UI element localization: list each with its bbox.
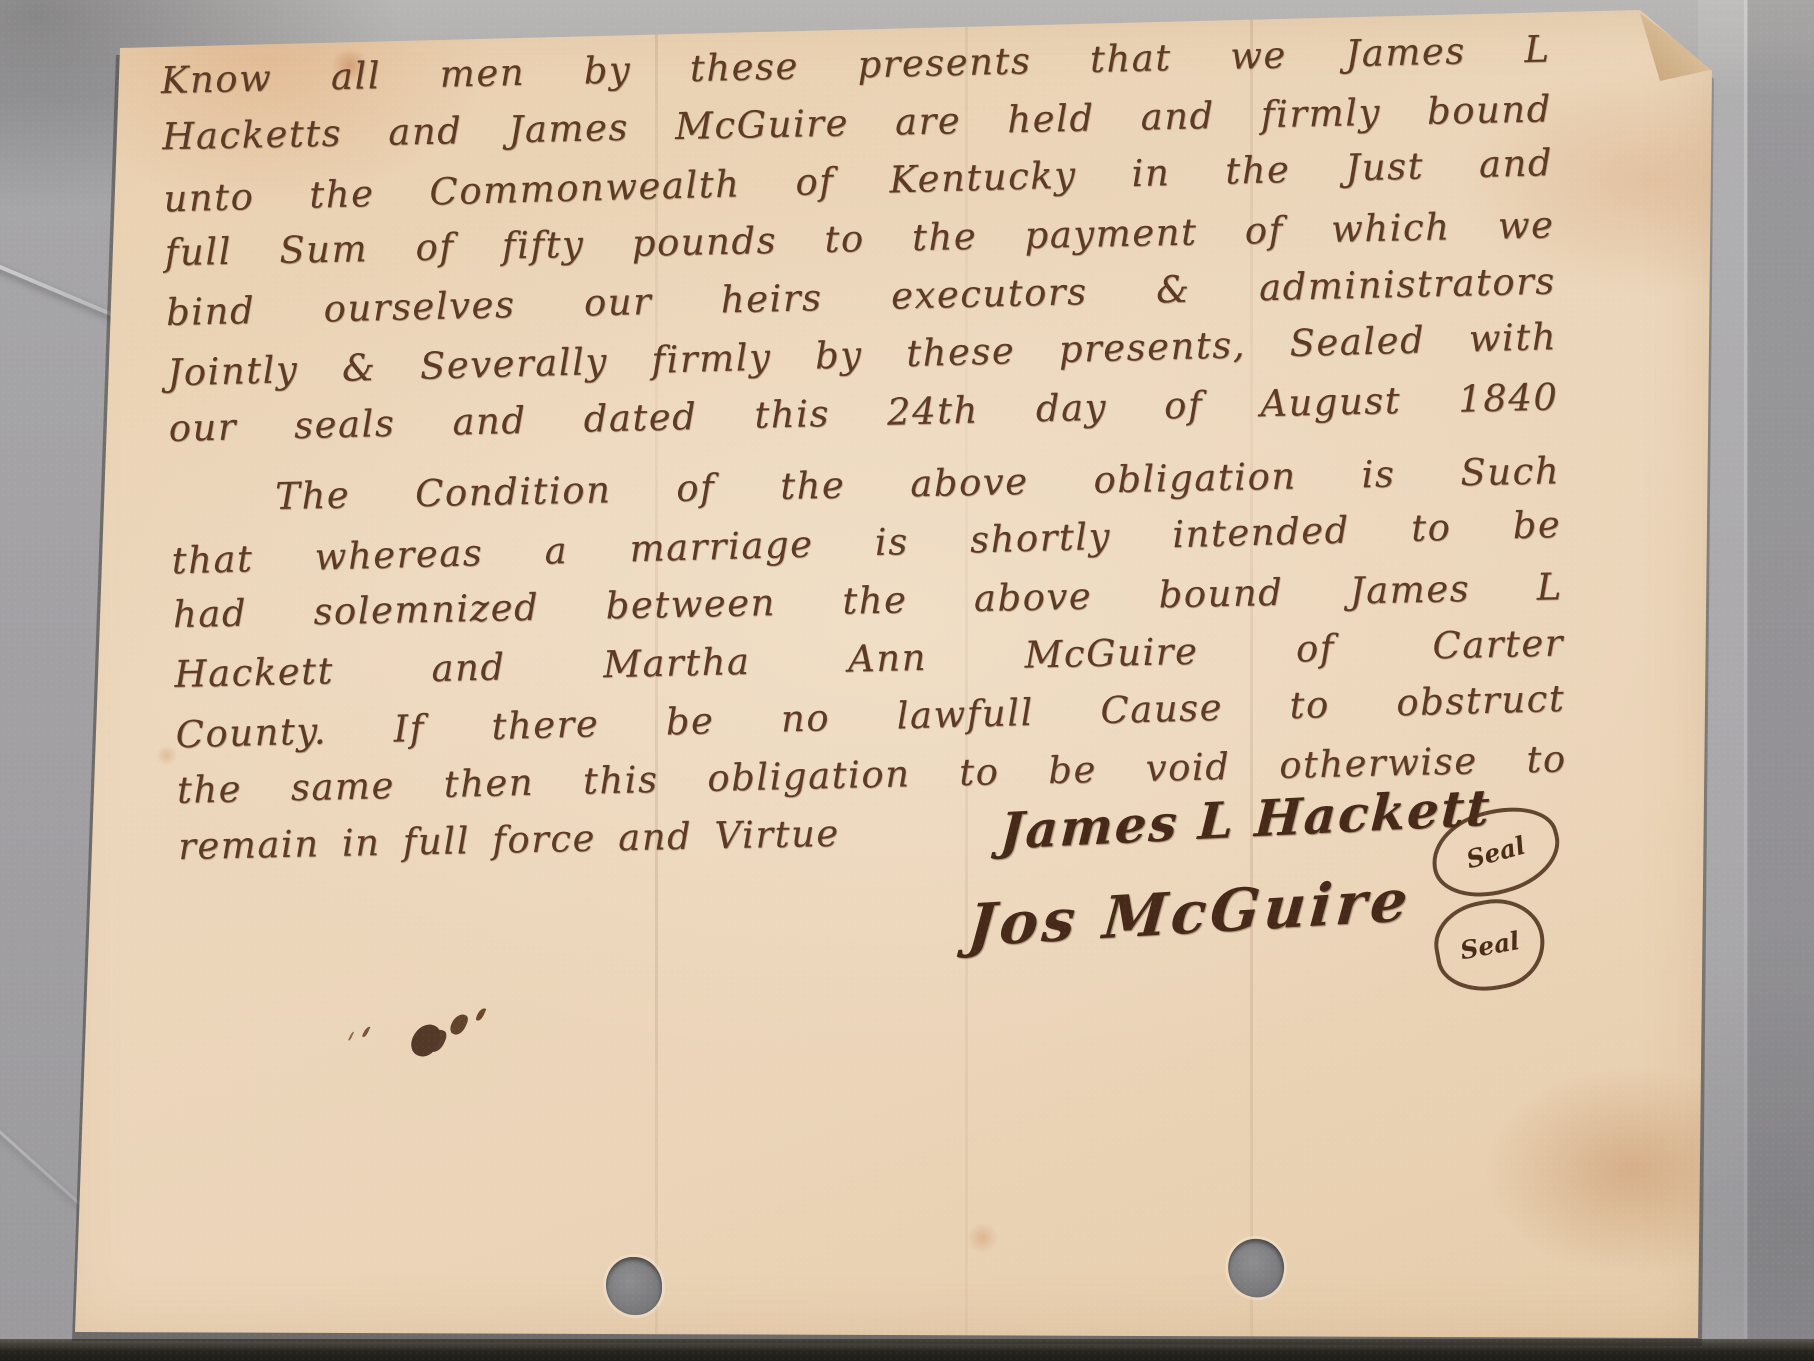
punch-hole-left [606, 1257, 662, 1315]
ink-smudge [407, 1020, 444, 1062]
surface-right-edge-band [1748, 0, 1814, 1361]
handwritten-content: Know all men by these presents that we J… [120, 9, 1714, 1334]
seal-scrawl-2: Seal [1428, 891, 1552, 999]
seal-label: Seal [1463, 830, 1528, 874]
seal-label: Seal [1458, 926, 1522, 965]
signature-jos-mcguire: Jos McGuire [966, 866, 1415, 960]
surface-seam-right [1744, 0, 1747, 1361]
document-paper: Know all men by these presents that we J… [50, 5, 1715, 1345]
photograph-scene: Know all men by these presents that we J… [0, 0, 1814, 1361]
document-text: Know all men by these presents that we J… [160, 21, 1568, 878]
